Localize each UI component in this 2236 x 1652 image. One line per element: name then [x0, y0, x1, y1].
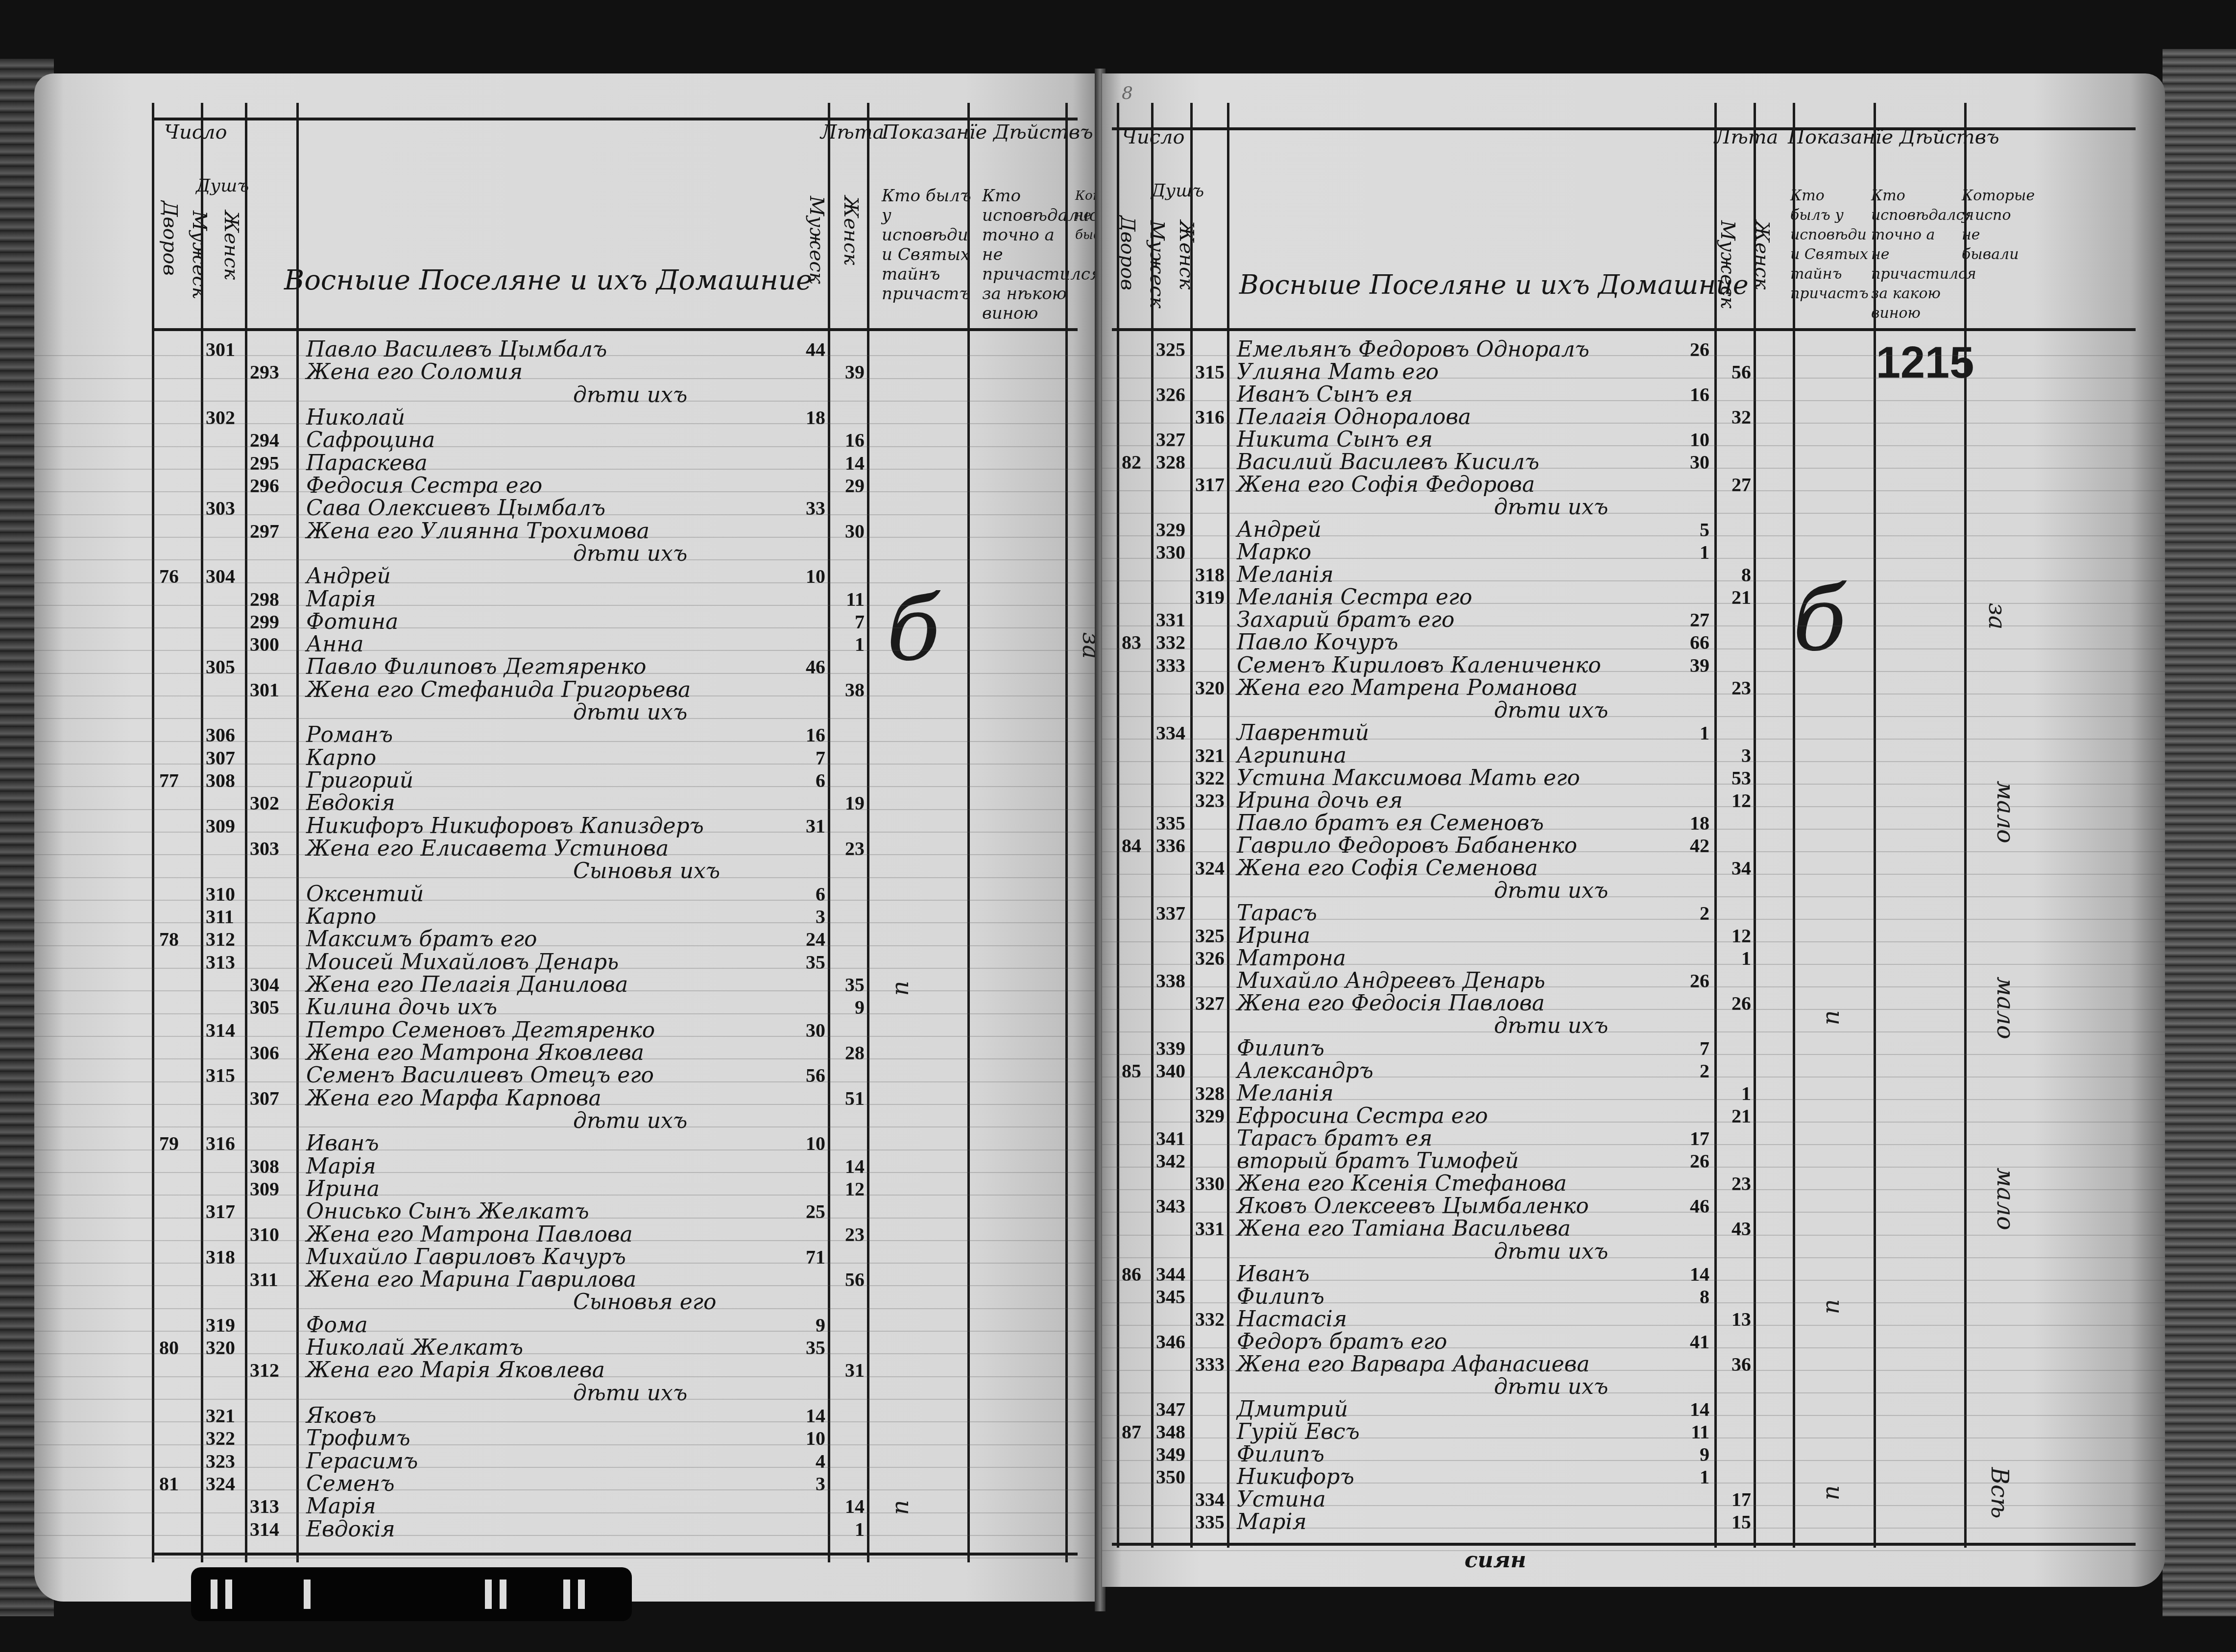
right-col1-mark-1: и	[1821, 1010, 1848, 1026]
ruled-line	[1102, 1054, 2165, 1055]
right-remark-mark-5: мало	[1992, 1168, 2019, 1230]
ruled-line	[1102, 896, 2165, 897]
ruled-line	[34, 401, 1097, 402]
ruled-line	[1102, 784, 2165, 785]
column-rule	[1117, 103, 1119, 1548]
ruled-line	[1102, 941, 2165, 942]
ruled-line	[1102, 1460, 2165, 1461]
ruled-line	[34, 514, 1097, 515]
ruled-line	[1102, 558, 2165, 559]
ruled-line	[34, 1013, 1097, 1014]
header-col-female: Женск	[1175, 220, 1198, 289]
left-col1-mark-1: и	[890, 981, 917, 996]
left-page: Число Душъ Дворов Мужеск Женск Восныие П…	[34, 73, 1097, 1602]
ruled-line	[1102, 716, 2165, 717]
ruled-line	[1102, 468, 2165, 469]
ruled-line	[34, 764, 1097, 765]
ruled-line	[1102, 739, 2165, 740]
ruled-line	[34, 1444, 1097, 1445]
female-soul-number: 314	[250, 1515, 279, 1544]
ruled-line	[34, 1557, 1097, 1558]
ruled-line	[1102, 1302, 2165, 1303]
ruled-line	[1102, 1144, 2165, 1145]
ruled-line	[1102, 378, 2165, 379]
ruled-line	[1102, 964, 2165, 965]
ruled-line	[34, 378, 1097, 379]
ruled-line	[1102, 603, 2165, 604]
header-remark-1: Кто былъ у исповѣди и Святых тайнъ прича…	[1790, 186, 1869, 304]
female-soul-number: 335	[1195, 1508, 1225, 1536]
ruled-line	[1102, 1167, 2165, 1168]
right-col1-mark-2: и	[1821, 1299, 1848, 1315]
ruled-line	[34, 786, 1097, 787]
ruled-line	[1102, 535, 2165, 536]
ruled-line	[34, 559, 1097, 560]
ruled-line	[34, 718, 1097, 719]
ruled-line	[1102, 648, 2165, 649]
ruled-line	[34, 1172, 1097, 1173]
ruled-line	[1102, 694, 2165, 694]
ruled-line	[1102, 671, 2165, 672]
ruled-line	[34, 1308, 1097, 1309]
ruled-line	[1102, 1550, 2165, 1551]
table-bottom-rule	[1112, 1543, 2136, 1546]
ruled-line	[34, 673, 1097, 674]
ruled-line	[34, 1376, 1097, 1377]
ruled-line	[34, 1104, 1097, 1105]
ruled-line	[1102, 1099, 2165, 1100]
header-col-yard: Дворов	[159, 201, 181, 276]
ruled-line	[34, 537, 1097, 538]
table-bottom-rule	[152, 1553, 1078, 1556]
ruled-line	[34, 605, 1097, 606]
header-age-female: Женск	[840, 196, 862, 265]
ruled-line	[34, 582, 1097, 583]
ruled-line	[1102, 874, 2165, 875]
header-remarks-group: Показанїе Дѣйствъ	[1788, 127, 1999, 147]
ruled-line	[34, 1218, 1097, 1219]
ruled-line	[34, 1512, 1097, 1513]
ruled-line	[34, 355, 1097, 356]
header-souls-group: Душъ	[196, 176, 249, 196]
right-remark-mark-2: мало	[1992, 781, 2019, 843]
header-remark-2: Кто исповѣдались точно а не причастился …	[982, 186, 1070, 323]
right-col1-mark-3: и	[1821, 1485, 1848, 1501]
left-big-loop-mark: б	[887, 578, 940, 680]
ruled-line	[34, 1489, 1097, 1490]
header-souls-group: Душъ	[1151, 181, 1204, 201]
ruled-line	[1102, 1009, 2165, 1010]
ruled-line	[34, 1535, 1097, 1536]
ruled-line	[34, 1036, 1097, 1037]
header-remark-3: Которые у испо не бывали	[1962, 186, 2016, 264]
ruled-line	[34, 627, 1097, 628]
ruled-line	[1102, 829, 2165, 830]
header-age-male: Мужеск	[1716, 220, 1739, 309]
ruled-line	[1102, 423, 2165, 424]
ruled-line	[34, 1353, 1097, 1354]
ruled-line	[34, 877, 1097, 878]
right-big-loop-mark: б	[1793, 568, 1847, 670]
ruled-line	[1102, 1325, 2165, 1326]
ruled-line	[34, 1421, 1097, 1422]
column-rule	[1793, 103, 1795, 1548]
header-count-group: Число	[164, 122, 227, 142]
column-rule	[1874, 103, 1876, 1548]
ruled-line	[34, 900, 1097, 901]
ruled-line	[34, 1240, 1097, 1241]
column-rule	[1964, 103, 1967, 1548]
header-remarks-group: Показанїе Дѣйствъ	[882, 122, 1093, 142]
ruled-line	[34, 469, 1097, 470]
left-remark-mark-1: за	[1077, 632, 1097, 659]
ruled-line	[34, 1195, 1097, 1196]
column-rule	[1151, 103, 1154, 1548]
header-remark-1: Кто былъ у исповѣди и Святых тайнъ прича…	[882, 186, 975, 304]
ruled-line	[34, 741, 1097, 742]
ruled-line	[1102, 986, 2165, 987]
ruled-line	[34, 990, 1097, 991]
ruled-line	[1102, 490, 2165, 491]
ruled-line	[1102, 1189, 2165, 1190]
ruled-line	[34, 491, 1097, 492]
ruled-line	[34, 945, 1097, 946]
ruled-line	[1102, 1392, 2165, 1393]
age-female: 15	[1722, 1508, 1751, 1536]
ruled-line	[1102, 1077, 2165, 1077]
ruled-line	[34, 1149, 1097, 1150]
ruled-line	[1102, 1528, 2165, 1529]
ruled-line	[1102, 1437, 2165, 1438]
binding-clip	[191, 1567, 632, 1621]
ruled-line	[34, 1058, 1097, 1059]
ruled-line	[34, 446, 1097, 447]
ruled-line	[34, 832, 1097, 833]
bottom-signature: сиян	[1465, 1548, 1526, 1573]
ruled-line	[34, 1263, 1097, 1264]
ruled-line	[34, 854, 1097, 855]
ruled-line	[1102, 806, 2165, 807]
column-rule	[1227, 103, 1229, 1548]
ruled-line	[34, 968, 1097, 969]
ruled-line	[1102, 1257, 2165, 1258]
right-page-edges	[2163, 49, 2236, 1616]
ruled-line	[1102, 1031, 2165, 1032]
ruled-line	[34, 809, 1097, 810]
column-rule	[1190, 103, 1193, 1548]
ruled-line	[1102, 445, 2165, 446]
ruled-line	[1102, 1505, 2165, 1506]
page-marker: 8	[1122, 83, 1133, 103]
ruled-line	[1102, 851, 2165, 852]
ruled-line	[34, 1081, 1097, 1082]
ruled-line	[34, 695, 1097, 696]
register-row: 314Евдокія1	[34, 1515, 1097, 1544]
header-col-names: Восныие Поселяне и ихъ Домашние	[1239, 269, 1749, 300]
ruled-line	[1102, 1347, 2165, 1348]
ruled-line	[1102, 761, 2165, 762]
header-col-male: Мужеск	[1146, 220, 1168, 309]
ruled-line	[1102, 513, 2165, 514]
header-col-yard: Дворов	[1116, 215, 1139, 290]
ruled-line	[34, 1399, 1097, 1400]
ruled-line	[1102, 919, 2165, 920]
header-remark-2: Кто исповѣдался точно а не причастился з…	[1871, 186, 1954, 323]
ruled-line	[1102, 1483, 2165, 1484]
header-remark-3: Которые не бывали	[1075, 186, 1097, 245]
ruled-line	[1102, 625, 2165, 626]
ruled-line	[34, 650, 1097, 651]
header-col-male: Мужеск	[188, 211, 211, 299]
ruled-line	[1102, 580, 2165, 581]
ruled-line	[34, 922, 1097, 923]
header-bottom-rule	[152, 328, 1078, 331]
ruled-line	[34, 1285, 1097, 1286]
header-age-male: Мужеск	[805, 196, 828, 284]
age-female: 1	[835, 1515, 865, 1544]
right-page: 8 Число Душъ Дворов Мужеск Женск Восныие…	[1102, 73, 2165, 1587]
book-spread: Число Душъ Дворов Мужеск Женск Восныие П…	[0, 0, 2236, 1652]
ruled-line	[34, 1331, 1097, 1332]
column-rule	[1714, 103, 1717, 1548]
ruled-line	[1102, 1280, 2165, 1281]
person-name: Марія	[1237, 1508, 1307, 1536]
ruled-line	[34, 1126, 1097, 1127]
ruled-line	[1102, 1235, 2165, 1236]
ruled-line	[1102, 1122, 2165, 1123]
ruled-line	[1102, 1212, 2165, 1213]
ruled-line	[1102, 1415, 2165, 1416]
header-col-names: Восныие Поселяне и ихъ Домашние	[284, 264, 812, 296]
header-age-group: Лѣта	[1714, 127, 1778, 147]
header-top-rule	[152, 118, 1078, 120]
person-name: Евдокія	[306, 1515, 395, 1544]
ruled-line	[1102, 400, 2165, 401]
column-rule	[1754, 103, 1756, 1548]
right-remark-mark-7: Всѣ	[1986, 1467, 2013, 1519]
ruled-line	[1102, 355, 2165, 356]
ruled-line	[1102, 1370, 2165, 1371]
header-bottom-rule	[1112, 328, 2136, 331]
ruled-line	[34, 423, 1097, 424]
header-col-female: Женск	[220, 211, 242, 280]
ruled-line	[34, 1467, 1097, 1468]
